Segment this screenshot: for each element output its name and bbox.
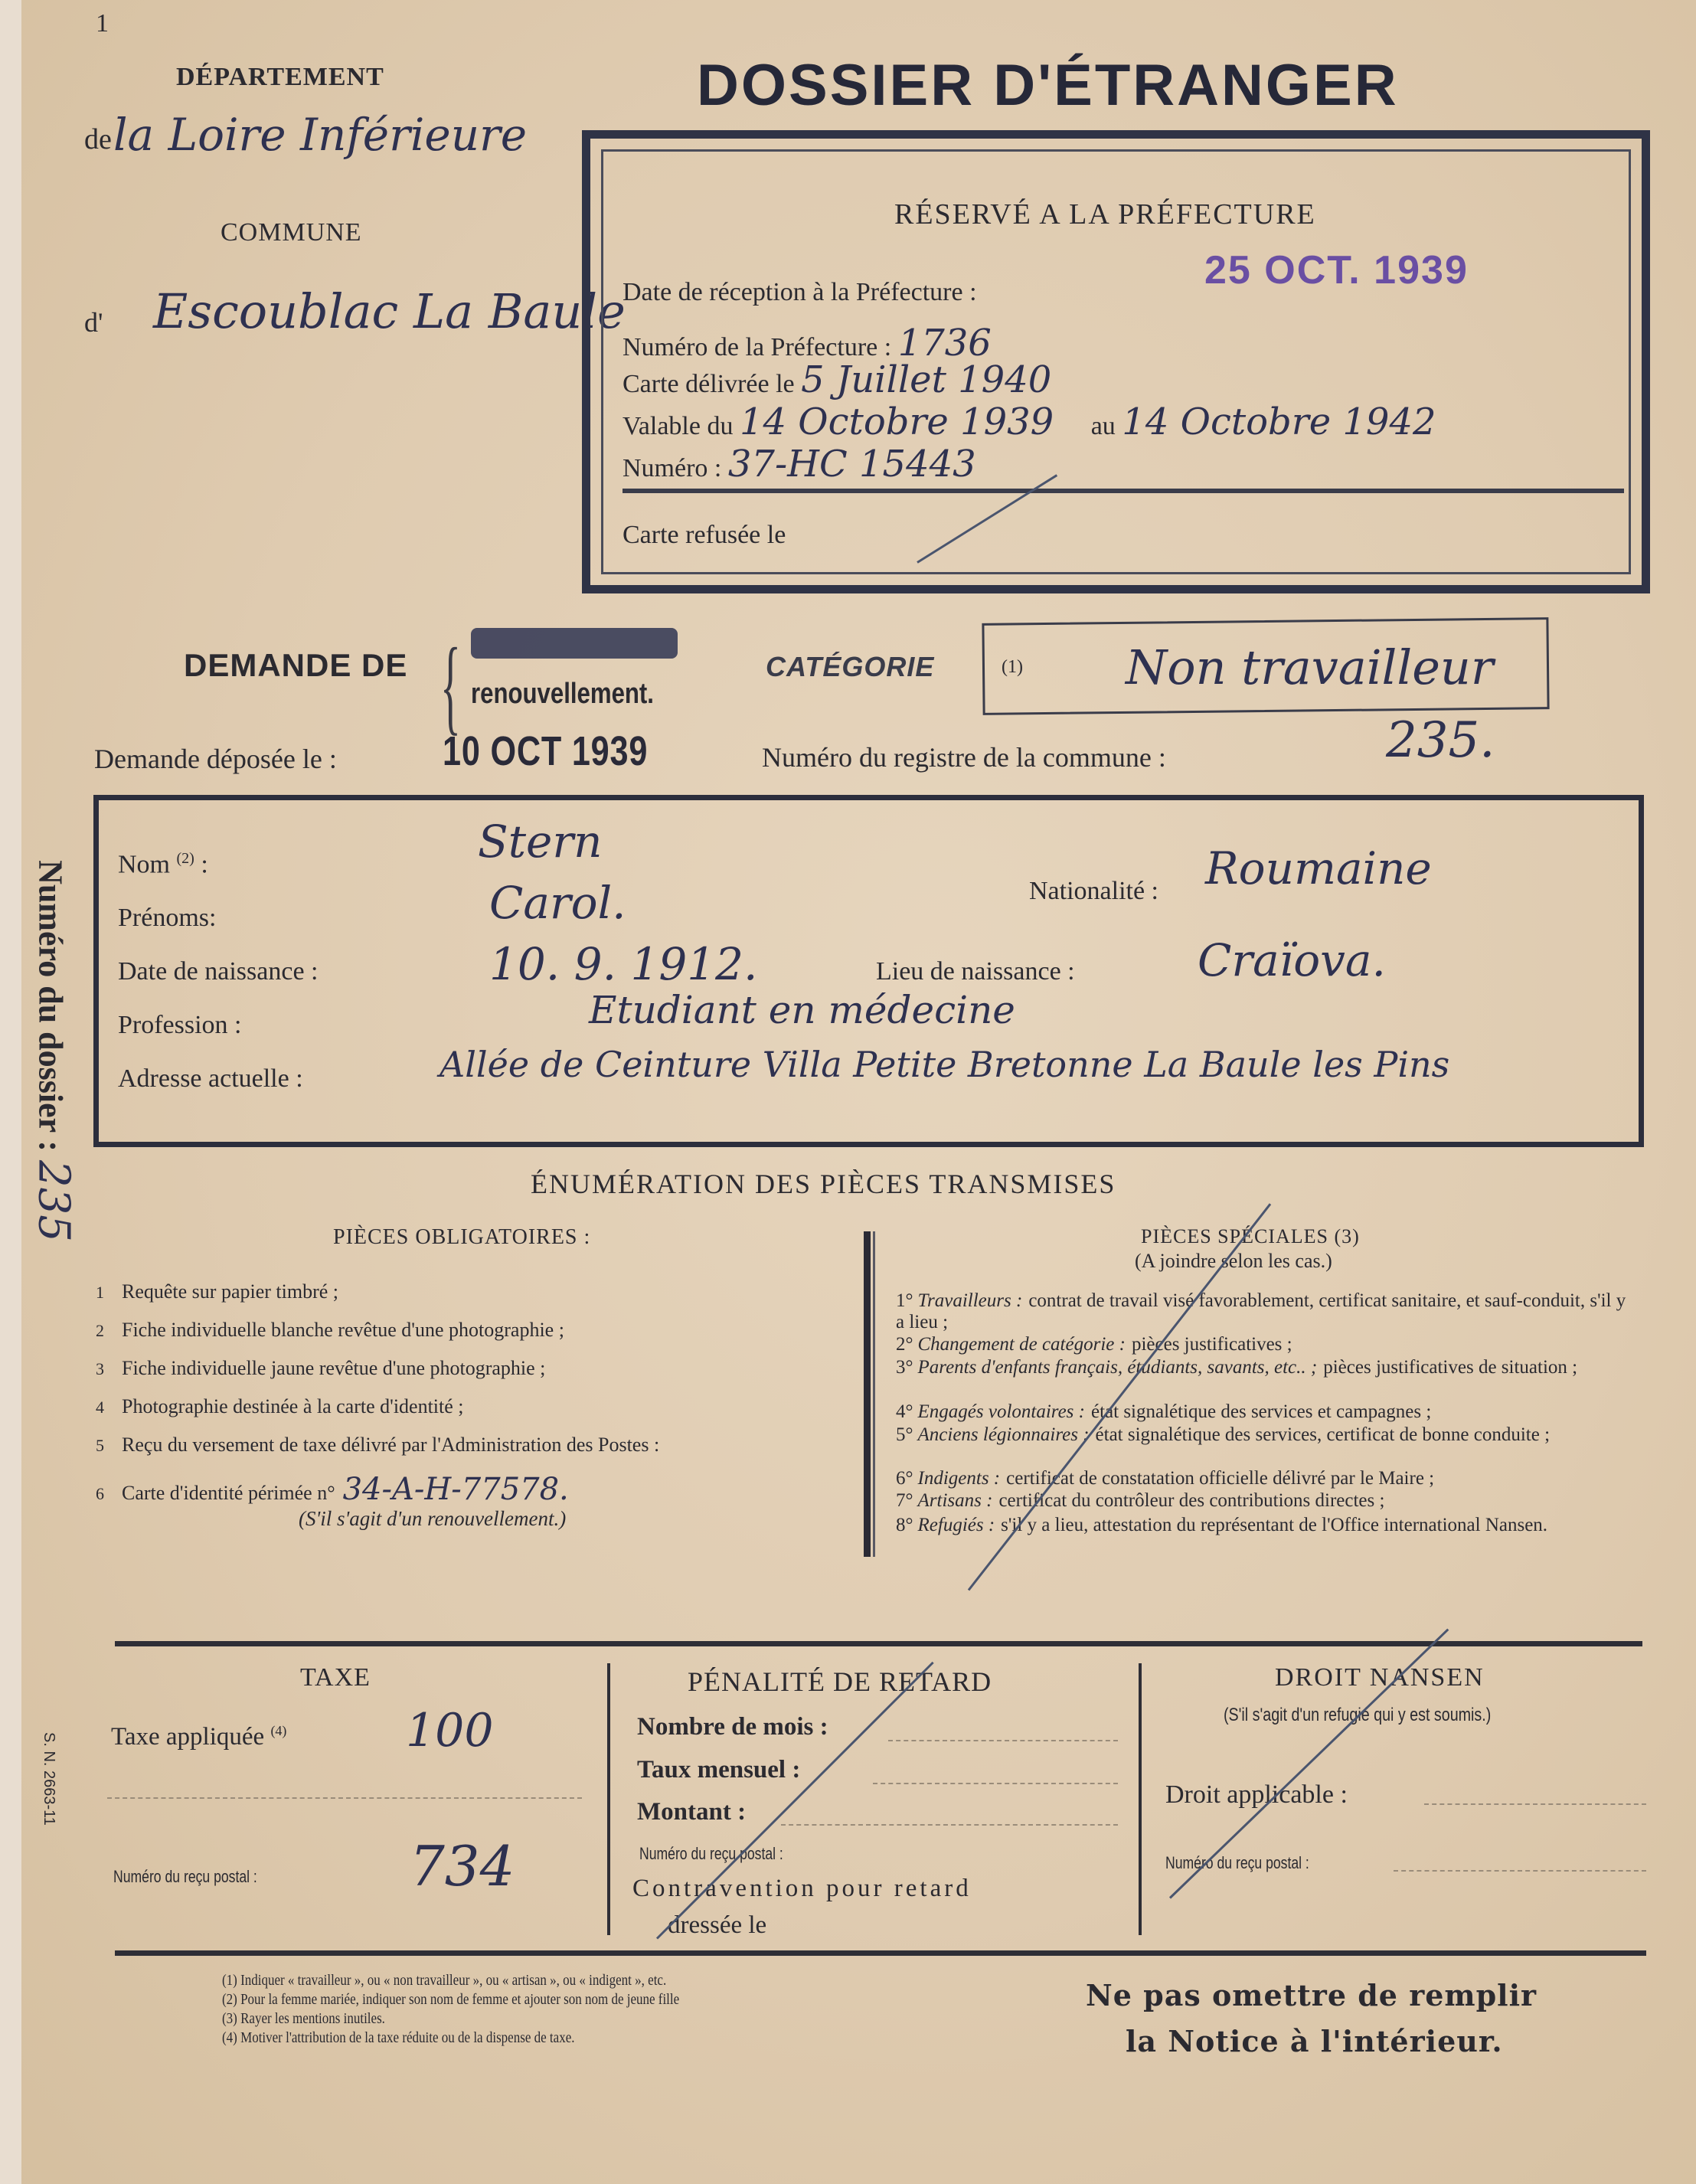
obligatoire-num: 4: [96, 1398, 122, 1417]
prenoms-value: Carol.: [489, 877, 626, 929]
naissance-label: Date de naissance :: [118, 957, 319, 986]
obligatoire-text: Fiche individuelle jaune revêtue d'une p…: [122, 1357, 545, 1379]
speciale-item: 3°Parents d'enfants français, étudiants,…: [896, 1357, 1639, 1378]
prefecture-inner-frame: RÉSERVÉ A LA PRÉFECTURE 25 OCT. 1939 Dat…: [601, 149, 1631, 574]
strike-line-refusee: [917, 474, 1057, 563]
categorie-label: CATÉGORIE: [766, 651, 934, 683]
registre-value: 235.: [1386, 712, 1495, 769]
speciale-title: Anciens légionnaires :: [918, 1424, 1090, 1445]
prefecture-box: RÉSERVÉ A LA PRÉFECTURE 25 OCT. 1939 Dat…: [582, 130, 1650, 593]
speciale-title: Changement de catégorie :: [918, 1334, 1126, 1355]
valable-label: Valable du: [623, 412, 733, 440]
speciale-num: 8°: [896, 1515, 913, 1535]
depose-label: Demande déposée le :: [94, 743, 337, 775]
speciales-subtitle: (A joindre selon les cas.): [1135, 1250, 1332, 1273]
notice-line-2: la Notice à l'intérieur.: [1126, 2024, 1503, 2058]
col-divider-1: [607, 1663, 610, 1935]
delivree-value: 5 Juillet 1940: [801, 358, 1051, 401]
commune-prefix: d': [84, 306, 103, 338]
obligatoire-text: Carte d'identité périmée n°: [122, 1482, 335, 1504]
footnote-1: (1) Indiquer « travailleur », ou « non t…: [222, 1972, 666, 1989]
speciale-num: 5°: [896, 1424, 913, 1445]
obligatoire-item: 2Fiche individuelle blanche revêtue d'un…: [96, 1319, 564, 1342]
footnote-4: (4) Motiver l'attribution de la taxe réd…: [222, 2029, 575, 2047]
table-top-rule: [115, 1641, 1642, 1646]
obligatoire-item: 5Reçu du versement de taxe délivré par l…: [96, 1434, 659, 1457]
taxe-title: TAXE: [300, 1663, 371, 1692]
paper-edge: [0, 0, 21, 2184]
obligatoire-num: 1: [96, 1283, 122, 1303]
prefecture-title: RÉSERVÉ A LA PRÉFECTURE: [894, 198, 1316, 231]
speciale-num: 4°: [896, 1401, 913, 1422]
taxe-appliquee-label: Taxe appliquée: [111, 1723, 264, 1751]
speciale-num: 2°: [896, 1334, 913, 1355]
nansen-recu-line: [1394, 1870, 1646, 1872]
obligatoire-item: 3Fiche individuelle jaune revêtue d'une …: [96, 1357, 545, 1380]
valable-to: 14 Octobre 1942: [1122, 401, 1436, 443]
obligatoire-num: 3: [96, 1359, 122, 1379]
speciale-num: 1°: [896, 1290, 913, 1311]
carte-numero-row: Numéro : 37-HC 15443: [623, 443, 976, 486]
profession-label: Profession :: [118, 1011, 242, 1040]
obligatoire-text: Fiche individuelle blanche revêtue d'une…: [122, 1319, 564, 1341]
naissance-value: 10. 9. 1912.: [489, 938, 758, 990]
valable-from: 14 Octobre 1939: [740, 401, 1054, 443]
refusee-label: Carte refusée le: [623, 521, 786, 550]
taxe-blank-line: [107, 1797, 582, 1799]
penalite-taux-line: [873, 1783, 1118, 1784]
commune-value: Escoublac La Baule: [153, 283, 626, 339]
categorie-value: Non travailleur: [1126, 639, 1493, 695]
footnote-2: (2) Pour la femme mariée, indiquer son n…: [222, 1991, 679, 2009]
speciale-item: 5°Anciens légionnaires :état signalétiqu…: [896, 1424, 1639, 1446]
obligatoire-text: Photographie destinée à la carte d'ident…: [122, 1395, 464, 1417]
obligatoire-item: 4Photographie destinée à la carte d'iden…: [96, 1395, 464, 1418]
obligatoire-text: Reçu du versement de taxe délivré par l'…: [122, 1434, 659, 1456]
dossier-label: Numéro du dossier :: [32, 860, 70, 1152]
table-bottom-rule: [115, 1950, 1646, 1956]
obligatoires-note: (S'il s'agit d'un renouvellement.): [299, 1507, 566, 1531]
nansen-droit-line: [1424, 1803, 1646, 1805]
speciale-text: état signalétique des services et campag…: [1091, 1401, 1431, 1422]
speciale-title: Engagés volontaires :: [918, 1401, 1085, 1422]
speciale-text: certificat de constatation officielle dé…: [1006, 1468, 1434, 1489]
prefecture-separator: [623, 489, 1624, 493]
registre-label: Numéro du registre de la commune :: [762, 741, 1166, 773]
identity-box: Nom (2) : Stern Prénoms: Carol. National…: [93, 795, 1644, 1147]
obligatoire-num: 5: [96, 1436, 122, 1456]
nom-label: Nom: [118, 850, 170, 878]
penalite-mois-label: Nombre de mois :: [637, 1713, 828, 1741]
speciale-text: certificat du contrôleur des contributio…: [998, 1490, 1384, 1511]
categorie-note: (1): [1002, 657, 1023, 678]
struck-option: [471, 628, 678, 659]
departement-prefix: de: [84, 123, 112, 156]
carte-numero-label: Numéro :: [623, 454, 721, 482]
demande-option-renouvellement: renouvellement.: [471, 678, 654, 711]
pieces-title: ÉNUMÉRATION DES PIÈCES TRANSMISES: [531, 1168, 1116, 1200]
speciale-num: 3°: [896, 1357, 913, 1378]
speciale-title: Parents d'enfants français, étudiants, s…: [918, 1357, 1318, 1378]
lieu-label: Lieu de naissance :: [876, 957, 1075, 986]
dossier-number-side: Numéro du dossier : 235: [29, 630, 79, 1473]
taxe-appliquee-row: Taxe appliquée (4): [111, 1723, 286, 1751]
nansen-title: DROIT NANSEN: [1275, 1663, 1485, 1692]
nationalite-value: Roumaine: [1205, 842, 1432, 894]
speciale-title: Refugiés :: [918, 1515, 995, 1535]
speciale-item: 7°Artisans :certificat du contrôleur des…: [896, 1490, 1639, 1512]
penalite-contravention-label: Contravention pour retard: [632, 1875, 972, 1903]
speciale-item: 2°Changement de catégorie :pièces justif…: [896, 1334, 1639, 1355]
prefecture-numero-label: Numéro de la Préfecture :: [623, 333, 891, 361]
nom-value: Stern: [478, 816, 602, 868]
nom-note: (2): [177, 850, 194, 867]
column-divider-thin: [873, 1231, 875, 1557]
valable-row: Valable du 14 Octobre 1939 au 14 Octobre…: [623, 401, 1436, 443]
nansen-droit-label: Droit applicable :: [1165, 1780, 1348, 1810]
taxe-recu-label: Numéro du reçu postal :: [113, 1867, 257, 1887]
demande-label: DEMANDE DE: [184, 647, 407, 684]
speciale-num: 6°: [896, 1468, 913, 1489]
penalite-taux-label: Taux mensuel :: [637, 1756, 800, 1784]
nationalite-label: Nationalité :: [1029, 877, 1158, 906]
nom-row: Nom (2) :: [118, 850, 208, 879]
penalite-montant-label: Montant :: [637, 1798, 746, 1826]
speciale-text: s'il y a lieu, attestation du représenta…: [1001, 1515, 1547, 1535]
taxe-appliquee-value: 100: [406, 1704, 494, 1757]
penalite-montant-line: [781, 1824, 1118, 1826]
footnote-3: (3) Rayer les mentions inutiles.: [222, 2010, 385, 2028]
reception-label: Date de réception à la Préfecture :: [623, 278, 977, 307]
speciale-text: état signalétique des services, certific…: [1096, 1424, 1551, 1445]
adresse-value: Allée de Ceinture Villa Petite Bretonne …: [440, 1044, 1449, 1085]
departement-value: la Loire Inférieure: [113, 109, 527, 161]
speciale-item: 8°Refugiés :s'il y a lieu, attestation d…: [896, 1515, 1639, 1536]
valable-au-label: au: [1091, 412, 1116, 440]
obligatoire-num: 6: [96, 1484, 122, 1504]
obligatoire-num: 2: [96, 1321, 122, 1341]
commune-label: COMMUNE: [221, 218, 362, 247]
reception-stamp: 25 OCT. 1939: [1204, 247, 1469, 293]
delivree-label: Carte délivrée le: [623, 370, 795, 398]
penalite-title: PÉNALITÉ DE RETARD: [688, 1666, 992, 1698]
depose-stamp: 10 OCT 1939: [443, 727, 648, 775]
carte-perimee-value: 34-A-H-77578.: [343, 1472, 569, 1507]
penalite-mois-line: [888, 1740, 1118, 1741]
taxe-recu-value: 734: [410, 1834, 515, 1898]
penalite-recu-label: Numéro du reçu postal :: [639, 1844, 783, 1864]
penalite-dressee-label: dressée le: [668, 1911, 766, 1940]
delivree-row: Carte délivrée le 5 Juillet 1940: [623, 358, 1051, 401]
adresse-label: Adresse actuelle :: [118, 1064, 303, 1094]
speciale-title: Travailleurs :: [918, 1290, 1023, 1311]
speciale-title: Artisans :: [918, 1490, 993, 1511]
print-code: S. N. 2663-11: [40, 1732, 57, 1826]
column-divider: [864, 1231, 871, 1557]
speciale-title: Indigents :: [918, 1468, 1001, 1489]
speciale-item: 4°Engagés volontaires :état signalétique…: [896, 1401, 1639, 1423]
notice-line-1: Ne pas omettre de remplir: [1086, 1978, 1537, 2012]
speciale-item: 6°Indigents :certificat de constatation …: [896, 1468, 1639, 1489]
obligatoires-title: PIÈCES OBLIGATOIRES :: [333, 1225, 590, 1250]
speciale-num: 7°: [896, 1490, 913, 1511]
obligatoire-item: 1Requête sur papier timbré ;: [96, 1280, 338, 1303]
nansen-recu-label: Numéro du reçu postal :: [1165, 1853, 1309, 1873]
speciale-text: pièces justificatives de situation ;: [1323, 1357, 1577, 1378]
departement-label: DÉPARTEMENT: [176, 63, 384, 92]
carte-numero-value: 37-HC 15443: [728, 443, 976, 486]
lieu-value: Craïova.: [1198, 934, 1386, 986]
page-title: DOSSIER D'ÉTRANGER: [697, 52, 1399, 119]
page-number: 1: [96, 9, 109, 38]
obligatoire-item: 6Carte d'identité périmée n°34-A-H-77578…: [96, 1472, 569, 1507]
obligatoire-text: Requête sur papier timbré ;: [122, 1280, 338, 1303]
profession-value: Etudiant en médecine: [589, 988, 1015, 1032]
taxe-appliquee-note: (4): [270, 1723, 286, 1738]
col-divider-2: [1139, 1663, 1142, 1935]
speciale-item: 1°Travailleurs :contrat de travail visé …: [896, 1290, 1639, 1333]
prenoms-label: Prénoms:: [118, 904, 216, 933]
dossier-value: 235: [29, 1160, 79, 1242]
